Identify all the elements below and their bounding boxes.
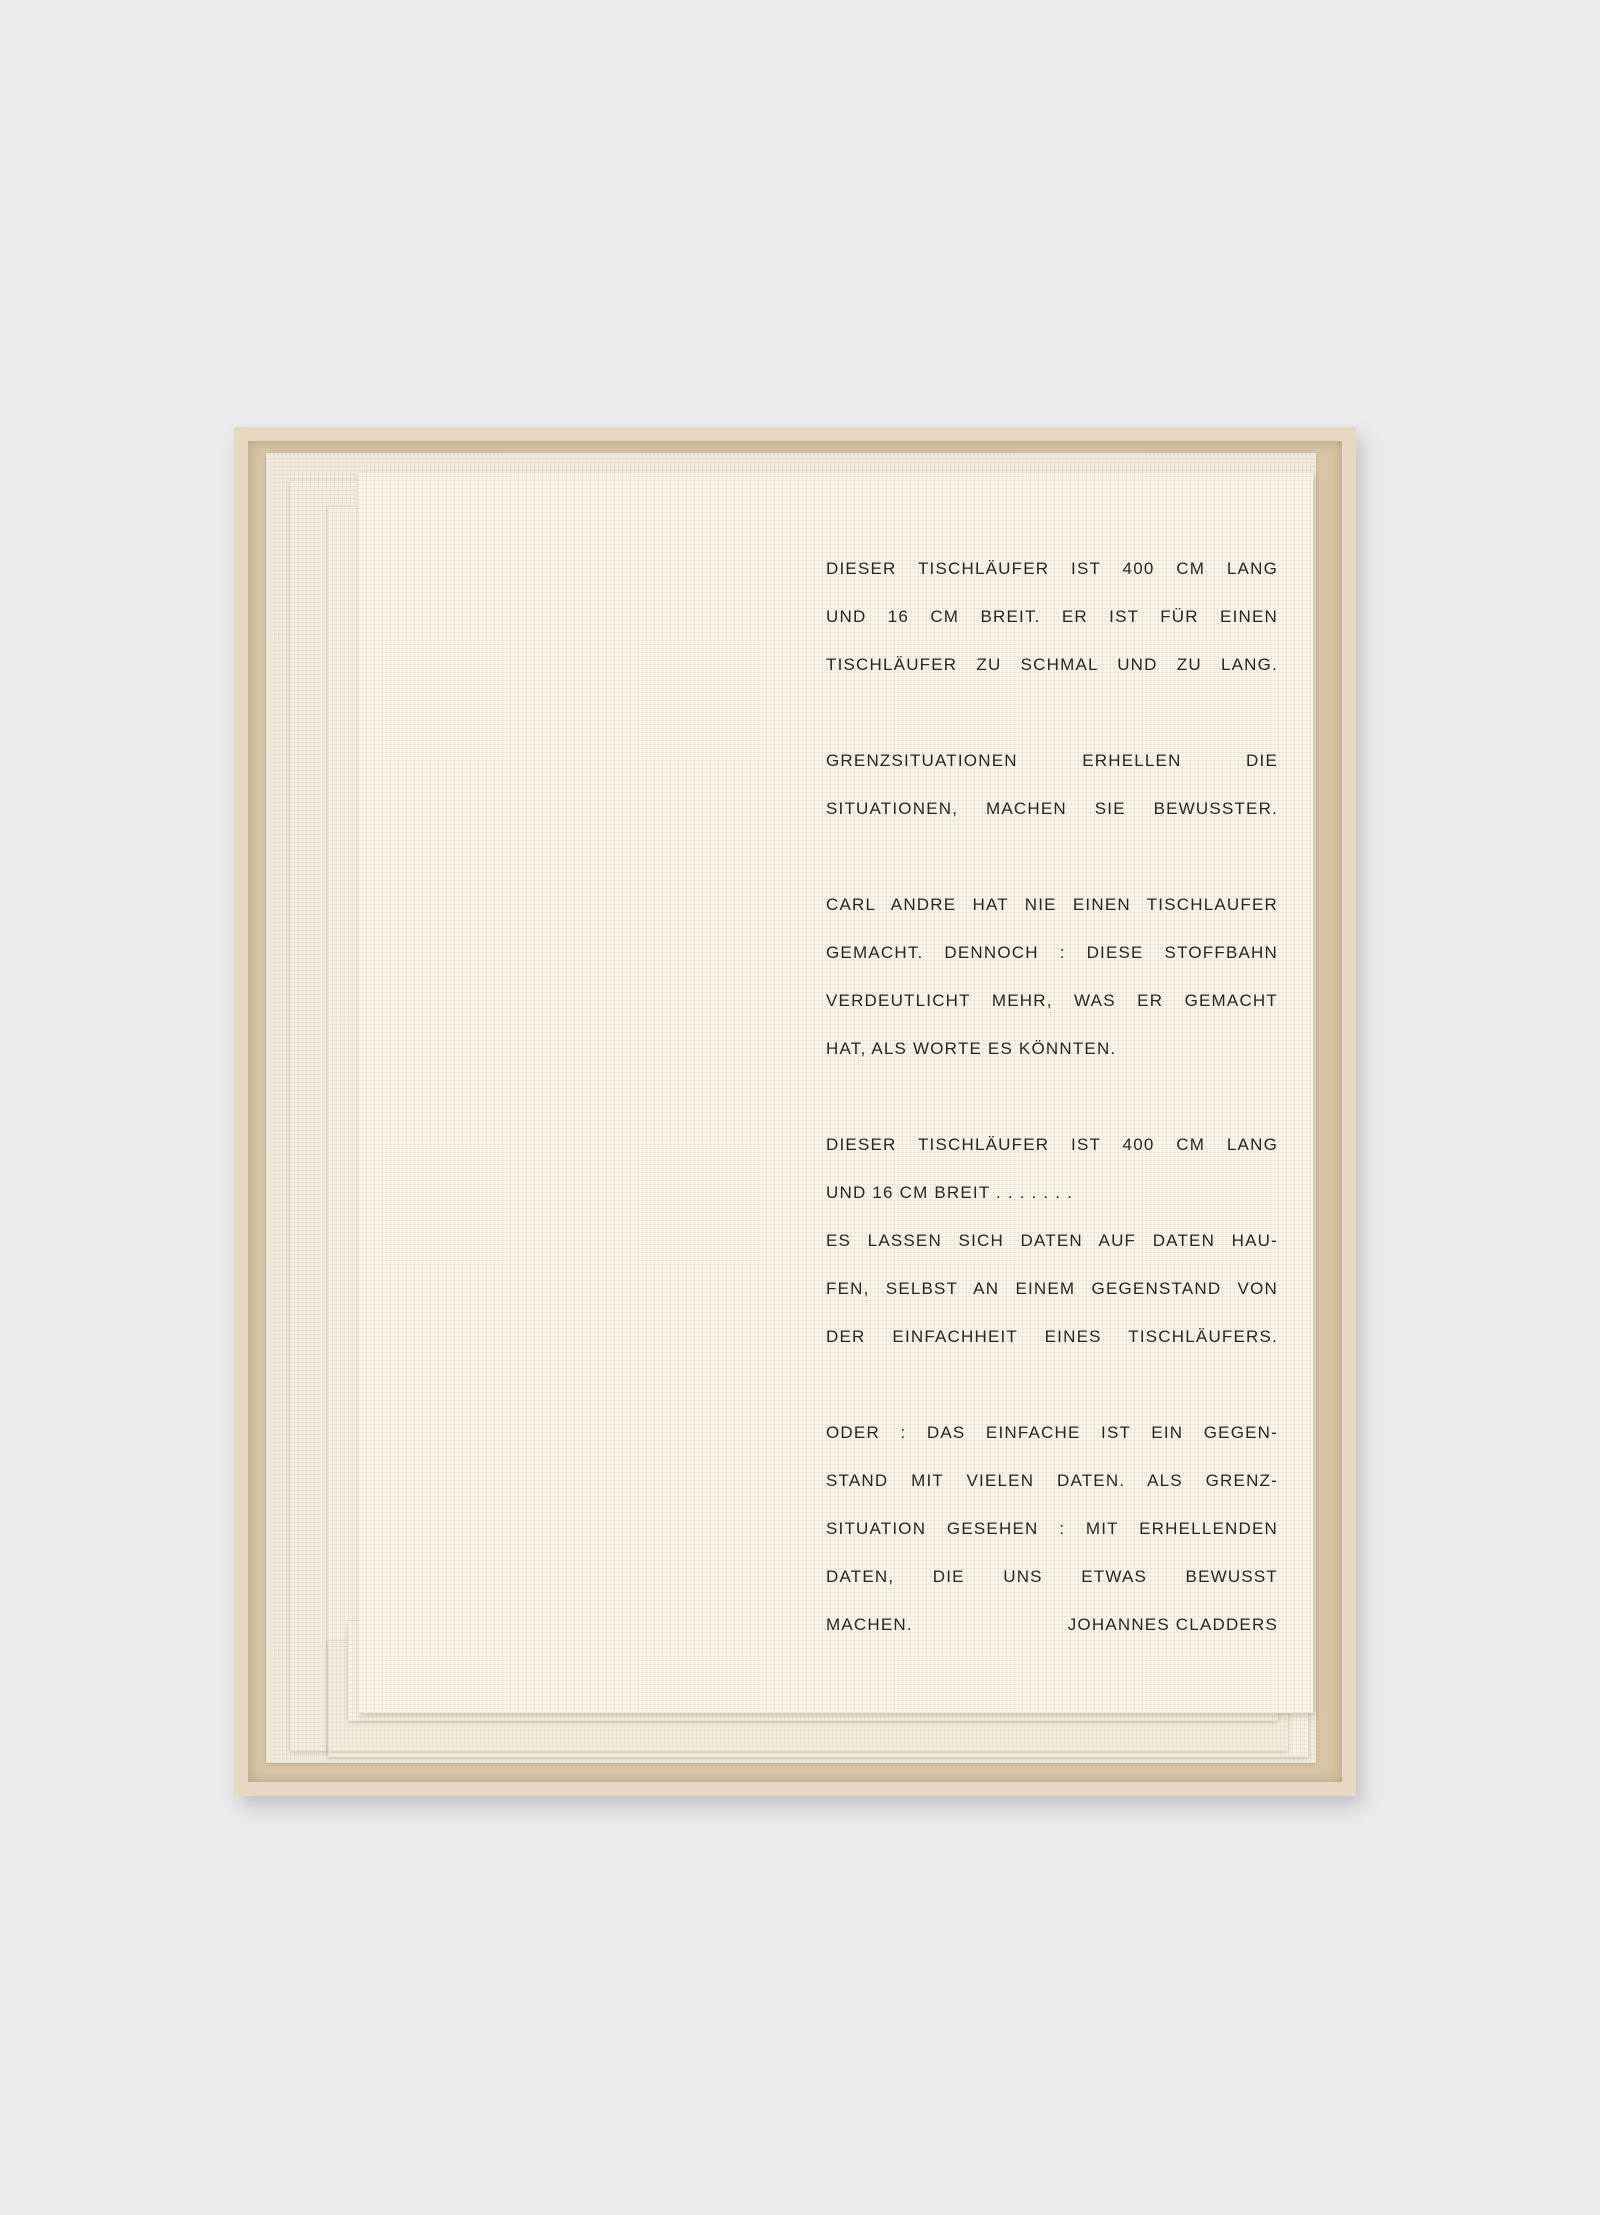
author-signature: JOHANNES CLADDERS: [1068, 1601, 1278, 1649]
text-line: ODER : DAS EINFACHE IST EIN GEGEN-: [826, 1409, 1278, 1457]
text-line: UND 16 CM BREIT. ER IST FÜR EINEN: [826, 593, 1278, 641]
paragraph-4: DIESER TISCHLÄUFER IST 400 CM LANG UND 1…: [826, 1121, 1278, 1361]
paragraph-3: CARL ANDRE HAT NIE EINEN TISCHLAUFER GEM…: [826, 881, 1278, 1073]
paragraph-5: ODER : DAS EINFACHE IST EIN GEGEN- STAND…: [826, 1409, 1278, 1649]
text-line: DATEN, DIE UNS ETWAS BEWUSST: [826, 1553, 1278, 1601]
text-line: SITUATIONEN, MACHEN SIE BEWUSSTER.: [826, 785, 1278, 833]
text-line: GRENZSITUATIONEN ERHELLEN DIE: [826, 737, 1278, 785]
text-line: DER EINFACHHEIT EINES TISCHLÄUFERS.: [826, 1313, 1278, 1361]
paragraph-1: DIESER TISCHLÄUFER IST 400 CM LANG UND 1…: [826, 545, 1278, 689]
text-line: HAT, ALS WORTE ES KÖNNTEN.: [826, 1025, 1278, 1073]
text-line: MACHEN.: [826, 1601, 913, 1649]
text-line: DIESER TISCHLÄUFER IST 400 CM LANG: [826, 1121, 1278, 1169]
text-line: DIESER TISCHLÄUFER IST 400 CM LANG: [826, 545, 1278, 593]
printed-text: DIESER TISCHLÄUFER IST 400 CM LANG UND 1…: [826, 545, 1278, 1697]
text-line: ES LASSEN SICH DATEN AUF DATEN HAU-: [826, 1217, 1278, 1265]
text-line: SITUATION GESEHEN : MIT ERHELLENDEN: [826, 1505, 1278, 1553]
paragraph-2: GRENZSITUATIONEN ERHELLEN DIE SITUATIONE…: [826, 737, 1278, 833]
text-line: CARL ANDRE HAT NIE EINEN TISCHLAUFER: [826, 881, 1278, 929]
text-line: GEMACHT. DENNOCH : DIESE STOFFBAHN: [826, 929, 1278, 977]
text-line: STAND MIT VIELEN DATEN. ALS GRENZ-: [826, 1457, 1278, 1505]
text-line: UND 16 CM BREIT . . . . . . .: [826, 1169, 1278, 1217]
text-line: TISCHLÄUFER ZU SCHMAL UND ZU LANG.: [826, 641, 1278, 689]
text-line: FEN, SELBST AN EINEM GEGENSTAND VON: [826, 1265, 1278, 1313]
signature-line: MACHEN. JOHANNES CLADDERS: [826, 1601, 1278, 1649]
text-line: VERDEUTLICHT MEHR, WAS ER GEMACHT: [826, 977, 1278, 1025]
